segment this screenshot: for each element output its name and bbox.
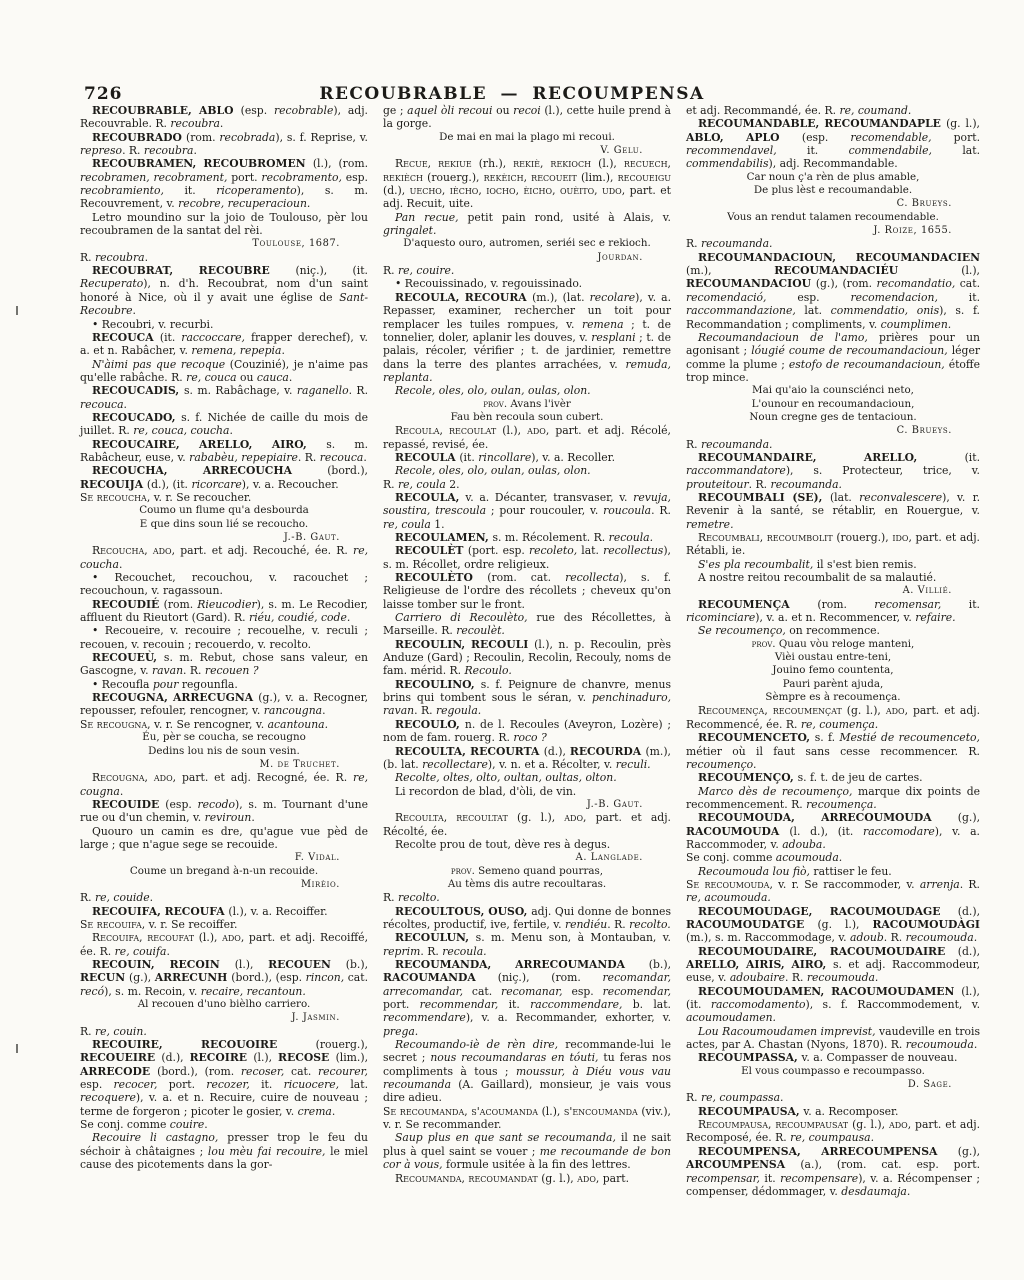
text-run: • Recoueire, v. recouire ; recouelhe, v.… (80, 624, 368, 650)
text-run: J.-B. Gaut. (587, 799, 643, 810)
quote-line: El vous coumpasso e recoumpasso. (686, 1065, 980, 1078)
entry-paragraph: RECOULÈT (port. esp. recoleto, lat. reco… (383, 544, 671, 571)
text-run: R. (80, 1025, 95, 1038)
text-run: (l.), (502, 424, 527, 437)
text-run: . (150, 891, 153, 904)
text-run: (l.), (961, 264, 980, 277)
text-run: recoulèt. (456, 624, 505, 637)
text-run: RECOUMENÇO, (698, 771, 798, 784)
text-run: E que dins soun lié se recoucho. (140, 518, 308, 530)
entry-paragraph: • Recouissinado, v. regouissinado. (383, 277, 671, 290)
text-run: R. (686, 438, 701, 451)
entry-paragraph: RECOUCAIRE, ARELLO, AIRO, s. m. Rabâcheu… (80, 438, 368, 465)
continuation-paragraph: Se recoumouda, v. r. Se raccommoder, v. … (686, 878, 980, 905)
text-run: adouba. (782, 838, 826, 851)
text-run: rekèich, recoueit (484, 171, 581, 184)
text-run: cat. (463, 985, 501, 998)
continuation-paragraph: R. recolto. (383, 891, 671, 904)
dictionary-columns: RECOUBRABLE, ABLO (esp. recobrable), adj… (80, 104, 980, 1198)
text-run: reprim (383, 945, 420, 958)
text-run: (g. l.), (847, 704, 886, 717)
text-run: re, couire. (398, 264, 454, 277)
entry-paragraph: RECOUDIÉ (rom. Rieucodier), s. m. Le Rec… (80, 598, 368, 625)
text-run: J. Jasmin. (292, 1012, 340, 1023)
text-run: RECOUMBALI (SE), (698, 491, 830, 504)
text-run: ou (240, 371, 257, 384)
text-run: Lou Racoumoudamen imprevist, (698, 1025, 879, 1038)
text-run: re, couca, coucha (133, 424, 229, 437)
text-run: 2. (449, 478, 459, 491)
text-run: Recouire li castagno, (92, 1131, 227, 1144)
text-run: . (251, 811, 254, 824)
text-run: (rouerg.), (427, 171, 484, 184)
entry-paragraph: RECOUIRE, RECOUOIRE (rouerg.), RECOUEIRE… (80, 1038, 368, 1118)
text-run: re, coumand. (839, 104, 911, 117)
text-run: . (281, 344, 284, 357)
text-run: . R. (420, 945, 442, 958)
text-run: (l.), (235, 958, 268, 971)
text-run: C. Brueys. (897, 425, 952, 436)
text-run: Recoumença, recoumençat (698, 704, 847, 717)
text-run: esp. (342, 171, 368, 184)
text-run: re, acoumouda. (686, 891, 771, 904)
text-run: RECOULUN, (395, 931, 476, 944)
text-run: RACOUMOUDA (686, 825, 789, 838)
text-run: (d.), (161, 1051, 189, 1064)
text-run: métier où il faut sans cesse recommencer… (686, 745, 980, 758)
text-run: ou (496, 104, 513, 117)
entry-paragraph: Recolte prou de tout, dève res à degus. (383, 838, 671, 851)
text-run: recodo (198, 798, 236, 811)
continuation-paragraph: Se conj. comme couire. (80, 1118, 368, 1131)
text-run: it. (760, 1172, 780, 1185)
text-run: Recouifa, recoufat (92, 931, 199, 944)
entry-paragraph: RECOUMANDA, ARRECOUMANDA (b.), RACOUMAND… (383, 958, 671, 1038)
text-run: RECOUEIRE (80, 1051, 161, 1064)
text-run: RACOUMOUDÀGI (872, 918, 980, 931)
text-run: Se recoucha, (80, 491, 150, 504)
text-run: recoueigu (618, 171, 671, 184)
entry-paragraph: RECOUMOUDAMEN, RACOUMOUDAMEN (l.), (it. … (686, 985, 980, 1025)
text-run: . (322, 704, 325, 717)
text-run: recollectus (603, 544, 663, 557)
text-run: (rouerg.), (316, 1038, 368, 1051)
text-run: Mestié de recoumenceto, (839, 731, 980, 744)
text-run: (esp. (165, 798, 197, 811)
entry-paragraph: RECOUMANDACIOUN, RECOUMANDACIEN (m.), RE… (686, 251, 980, 331)
text-run: Recole, oles, olo, oulan, oulas, olon. (395, 464, 591, 477)
text-run: ), v. n. et a. Récolter, v. (488, 758, 616, 771)
text-run: (bord.), (esp. (231, 971, 305, 984)
text-run: RECOUMOUDAMEN, RACOUMOUDAMEN (698, 985, 961, 998)
text-run: (niç.), (it. (295, 264, 368, 277)
entry-paragraph: Li recordon de blad, d'òli, de vin. (383, 785, 671, 798)
text-run: RECOULTA, RECOURTA (395, 745, 544, 758)
text-run: RECOUBRAMEN, RECOUBROMEN (92, 157, 313, 170)
text-run: Se conj. comme (80, 1118, 170, 1131)
text-run: v. a. Recomposer. (803, 1105, 898, 1118)
text-run: RECOUCHA, ARRECOUCHA (92, 464, 327, 477)
text-run: (d.), (958, 945, 980, 958)
text-run: . (193, 144, 196, 157)
text-run: (d.), (544, 745, 570, 758)
text-run: . (120, 785, 123, 798)
text-run: lóugié coume de recoumandacioun, (751, 344, 952, 357)
quote-line: Fau bèn recoula soun cubert. (383, 411, 671, 424)
text-run: A. Langlade. (576, 852, 643, 863)
entry-paragraph: Letro moundino sur la joio de Toulouso, … (80, 211, 368, 238)
entry-paragraph: • Recoufla pour regounfla. (80, 678, 368, 691)
text-run: . R. (298, 451, 320, 464)
text-run: adoub (850, 931, 884, 944)
text-run: recoumenço. (686, 758, 756, 771)
entry-paragraph: Se recoumenço, on recommence. (686, 624, 980, 637)
text-run: RECOUGNA, ARRECUGNA (92, 691, 258, 704)
text-run: ado, (886, 704, 908, 717)
text-run: desdaumaja. (841, 1185, 910, 1198)
text-run: (l.), (rom. (313, 157, 368, 170)
text-run: it. (941, 598, 980, 611)
text-run: recompensar, (686, 1172, 760, 1185)
text-run: RECOULINO, (395, 678, 481, 691)
text-run: recommendare (383, 1011, 466, 1024)
entry-paragraph: Recoumpausa, recoumpausat (g. l.), ado, … (686, 1118, 980, 1145)
entry-paragraph: RECOUBRAT, RECOUBRE (niç.), (it. Recuper… (80, 264, 368, 317)
text-run: il s'est bien remis. (817, 558, 917, 571)
text-run: (g. l.), (817, 918, 872, 931)
text-run: Se recouifa, (80, 918, 145, 931)
entry-paragraph: RECOUMPASSA, v. a. Compasser de nouveau. (686, 1051, 980, 1064)
entry-paragraph: RECOUMENCETO, s. f. Mestié de recoumence… (686, 731, 980, 771)
text-run: RECOUMANDAIRE, ARELLO, (698, 451, 965, 464)
continuation-paragraph: et adj. Recommandé, ée. R. re, coumand. (686, 104, 980, 117)
entry-paragraph: Recoucha, ado, part. et adj. Recouché, é… (80, 544, 368, 571)
text-run: recoubra (144, 144, 194, 157)
text-run: RECOULAMEN, (395, 531, 492, 544)
text-run: . (132, 304, 135, 317)
text-run: ido, (892, 531, 912, 544)
text-run: nous recoumandaras en tóuti, (430, 1051, 603, 1064)
text-run: RACOUMANDA (383, 971, 498, 984)
entry-paragraph: Pan recue, petit pain rond, usité à Alai… (383, 211, 671, 238)
text-run: reviroun (205, 811, 252, 824)
text-run: recoser, (241, 1065, 284, 1078)
text-run: RECOULÈT (395, 544, 468, 557)
text-run: rattiser le feu. (813, 865, 891, 878)
text-run: recoumouda. (906, 1038, 978, 1051)
text-run: RECOULA, RECOURA (395, 291, 532, 304)
continuation-paragraph: Se conj. comme acoumouda. (686, 851, 980, 864)
text-run: esp. (563, 985, 603, 998)
entry-paragraph: Recoumbali, recoumbolit (rouerg.), ido, … (686, 531, 980, 558)
continuation-paragraph: R. re, couide. (80, 891, 368, 904)
text-run: prov. (752, 638, 776, 650)
text-run: rababèu, repepiaire (189, 451, 298, 464)
quote-line: prov. Semeno quand pourras, (383, 865, 671, 878)
text-run: recouca (320, 451, 364, 464)
text-run: recó (80, 985, 104, 998)
text-run: re, coumpausa. (790, 1131, 874, 1144)
text-run: re, couide (95, 891, 150, 904)
entry-paragraph: Recoumandacioun de l'amo, prières pour u… (686, 331, 980, 384)
text-run: R. (686, 237, 701, 250)
text-run: N'àimi pas que recoque (92, 358, 230, 371)
text-run: recoumanda. (701, 237, 772, 250)
text-run: El vous coumpasso e recoumpasso. (741, 1065, 925, 1077)
text-run: . R. (607, 918, 629, 931)
text-run: Dedins lou nis de soun vesin. (148, 745, 300, 757)
text-run: (bord.), (rom. (157, 1065, 241, 1078)
text-run: (g.), (958, 811, 980, 824)
text-run: Recougna, ado, (92, 771, 176, 784)
entry-paragraph: RECOUBRADO (rom. recobrada), s. f. Repri… (80, 131, 368, 158)
text-run: recollecta (565, 571, 619, 584)
text-run: reconvalescere (859, 491, 942, 504)
text-run: adoubaire (730, 971, 785, 984)
entry-paragraph: RECOULÈTO (rom. cat. recollecta), s. f. … (383, 571, 671, 611)
text-run: port. (157, 1078, 206, 1091)
text-run: recourer, (318, 1065, 368, 1078)
text-run: Marco dès de recoumenço, (698, 785, 858, 798)
text-run: prov. (483, 398, 507, 410)
text-run: . R. (960, 878, 980, 891)
text-run: prega. (383, 1025, 418, 1038)
text-run: ; pour roucouler, v. (486, 504, 603, 517)
text-run: Semeno quand pourras, (475, 865, 603, 877)
text-run: RECOULA, (395, 491, 465, 504)
text-run: A. Villié. (903, 585, 952, 596)
continuation-paragraph: R. recoumanda. (686, 237, 980, 250)
text-run: Noun cregne ges de tentacioun. (749, 411, 916, 423)
text-run: v. r. Se rencogner, v. (151, 718, 268, 731)
text-run: R. (80, 251, 95, 264)
quote-line: Vièi oustau entre-teni, (686, 651, 980, 664)
text-run: RECOUCADO, (92, 411, 181, 424)
quote-attribution: F. Vidal. (80, 851, 368, 864)
text-run: (b.), (346, 958, 368, 971)
text-run: esp. (766, 291, 850, 304)
text-run: prouteitour (686, 478, 749, 491)
text-run: Mirèio. (301, 879, 340, 890)
continuation-paragraph: Se recougna, v. r. Se rencogner, v. acan… (80, 718, 368, 731)
text-run: J. Roize, 1655. (873, 225, 952, 236)
text-run: Jouino femo countenta, (772, 664, 893, 676)
text-run: RECOUIDE (92, 798, 165, 811)
text-run: reculi. (616, 758, 651, 771)
text-run: recoumanda. (701, 438, 772, 451)
text-run: ado, (222, 931, 244, 944)
continuation-paragraph: R. re, coumpassa. (686, 1091, 980, 1104)
text-run: gringalet. (383, 224, 436, 237)
text-run: D. Sage. (908, 1079, 952, 1090)
text-run: (m.), (686, 264, 774, 277)
text-run: ABLO, APLO (686, 131, 802, 144)
text-run: (b.), (649, 958, 671, 971)
text-run: Fau bèn recoula soun cubert. (451, 411, 604, 423)
text-run: S'es pla recoumbalit, (698, 558, 817, 571)
entry-paragraph: Carriero di Recoulèto, rue des Récollett… (383, 611, 671, 638)
text-run: . R. (414, 704, 436, 717)
text-run: L'ounour en recoumandacioun, (752, 398, 915, 410)
text-run: . (332, 1105, 335, 1118)
text-run: estofo de recoumandacioun, (789, 358, 949, 371)
text-run: Coume un bregand à-n-un recouide. (130, 865, 318, 877)
text-run: RECOUBRAT, RECOUBRE (92, 264, 295, 277)
text-run: s'encoumanda (564, 1105, 641, 1118)
text-run: RECOUMANDA, ARRECOUMANDA (395, 958, 649, 971)
text-run: recoumença. (806, 798, 877, 811)
text-run: v. a. Compasser de nouveau. (802, 1051, 958, 1064)
text-run: ado, (527, 424, 549, 437)
text-run: (l.), (542, 1105, 564, 1118)
quote-attribution: C. Brueys. (686, 424, 980, 437)
text-run: RECOUMANDACIÉU (774, 264, 961, 277)
text-run: RECOUMANDACIOU (686, 277, 816, 290)
text-run: recobrada (219, 131, 275, 144)
text-run: (l.), (253, 1051, 278, 1064)
text-run: • Recouissinado, v. regouissinado. (395, 277, 582, 290)
text-run: Saup plus en que sant se recoumanda, (395, 1131, 621, 1144)
text-run: v. a. Décanter, transvaser, v. (465, 491, 633, 504)
continuation-paragraph: R. recoubra. (80, 251, 368, 264)
text-run: Recolte prou de tout, dève res à degus. (395, 838, 610, 851)
entry-paragraph: Recoumouda lou fiò, rattiser le feu. (686, 865, 980, 878)
text-run: RECOULÈTO (395, 571, 487, 584)
text-run: Recoumando-iè de rèn dire, (395, 1038, 565, 1051)
text-run: Rieucodier (197, 598, 256, 611)
entry-paragraph: • Recoubri, v. recurbi. (80, 318, 368, 331)
text-run: prov. (451, 865, 475, 877)
text-run: . R. (183, 664, 205, 677)
text-run: ARELLO, AIRIS, AIRO, (686, 958, 833, 971)
text-run: RECOUCADIS, (92, 384, 184, 397)
text-run: ravan (152, 664, 183, 677)
entry-paragraph: RECOUEÙ, s. m. Rebut, chose sans valeur,… (80, 651, 368, 678)
text-run: Quau vòu reloge manteni, (776, 638, 915, 650)
text-run: re, couin. (95, 1025, 147, 1038)
text-run: RECOUCAIRE, ARELLO, AIRO, (92, 438, 326, 451)
text-run: Li recordon de blad, d'òli, de vin. (395, 785, 576, 798)
text-run: raccommendare, (530, 998, 622, 1011)
text-run: raccommandazione, (686, 304, 796, 317)
quote-attribution: J. Roize, 1655. (686, 224, 980, 237)
entry-paragraph: RECOULTOUS, OUSO, adj. Qui donne de bonn… (383, 905, 671, 932)
text-run: v. r. Se recoucher. (150, 491, 251, 504)
text-run: RECOUMENCETO, (698, 731, 815, 744)
quote-line: Jouino femo countenta, (686, 664, 980, 677)
text-run: v. r. Se recoiffer. (145, 918, 237, 931)
text-run: RECOUIN, RECOIN (92, 958, 235, 971)
text-run: ricoperamento (216, 184, 296, 197)
text-run: RECOURDA (570, 745, 646, 758)
text-run: (g.), (129, 971, 155, 984)
text-run: esp. (80, 1078, 114, 1091)
text-run: Recolte, oltes, olto, oultan, oultas, ol… (395, 771, 617, 784)
text-run: re, couifa (115, 945, 167, 958)
text-run: D'aquesto ouro, autromen, seriéi sec e r… (403, 237, 650, 249)
text-run: R. (686, 1091, 701, 1104)
text-run: recouca (80, 398, 124, 411)
text-run: ), v. a. et n. Recommencer, v. (755, 611, 915, 624)
quote-attribution: A. Villié. (686, 584, 980, 597)
text-run: (l.), v. a. Recoiffer. (228, 905, 327, 918)
text-run: Recole, oles, olo, oulan, oulas, olon. (395, 384, 591, 397)
text-run: cat. (955, 277, 980, 290)
quote-line: Au tèms dis autre recoultaras. (383, 878, 671, 891)
text-column: ge ; aquel òli recoui ou recoi (l.), cet… (383, 104, 671, 1198)
entry-paragraph: RECOUIFA, RECOUFA (l.), v. a. Recoiffer. (80, 905, 368, 918)
text-run: it. (250, 1078, 284, 1091)
text-run: ricorcare (191, 478, 241, 491)
text-run: ), s. f. Reprise, v. (275, 131, 368, 144)
entry-paragraph: RECOUIN, RECOIN (l.), RECOUEN (b.), RECU… (80, 958, 368, 998)
quote-line: Coumo un flume qu'a desbourda (80, 504, 368, 517)
text-run: J.-B. Gaut. (284, 532, 340, 543)
entry-paragraph: RECOULIN, RECOULI (l.), n. p. Recoulin, … (383, 638, 671, 678)
text-run: re, coula (383, 518, 434, 531)
entry-paragraph: Recoula, recoulat (l.), ado, part. et ad… (383, 424, 671, 451)
quote-attribution: C. Brueys. (686, 197, 980, 210)
text-run: Recoumouda lou fiò, (698, 865, 813, 878)
text-run: s. f. t. de jeu de cartes. (798, 771, 923, 784)
text-run: RECOULTOUS, OUSO, (395, 905, 531, 918)
text-run: re, coumença. (801, 718, 878, 731)
text-run: Pan recue, (395, 211, 468, 224)
text-run: (d.), (383, 184, 410, 197)
entry-paragraph: Recoumença, recoumençat (g. l.), ado, pa… (686, 704, 980, 731)
text-run: (l.), (199, 931, 222, 944)
text-run: RECOULA (395, 451, 459, 464)
text-run: Se recougna, (80, 718, 151, 731)
continuation-paragraph: Se recoucha, v. r. Se recoucher. (80, 491, 368, 504)
text-run: crema (298, 1105, 332, 1118)
text-run: lat. (796, 304, 831, 317)
quote-attribution: D. Sage. (686, 1078, 980, 1091)
quote-attribution: Toulouse, 1687. (80, 237, 368, 250)
text-run: recomendable, (850, 131, 931, 144)
text-run: ), v. a. Recoucher. (242, 478, 339, 491)
text-run: roucoula (603, 504, 651, 517)
text-run: (rh.), (479, 157, 513, 170)
quote-line: Mai qu'aio la counsciénci neto, (686, 384, 980, 397)
quote-attribution: Jourdan. (383, 251, 671, 264)
text-run: it. (498, 998, 530, 1011)
text-run: it. (164, 184, 216, 197)
text-run: raccoccare, (181, 331, 245, 344)
text-run: it. (938, 291, 980, 304)
entry-paragraph: RECOULA, v. a. Décanter, transvaser, v. … (383, 491, 671, 531)
text-run: ARCOUMPENSA (686, 1158, 800, 1171)
entry-paragraph: RECOUMPAUSA, v. a. Recomposer. (686, 1105, 980, 1118)
entry-paragraph: Recole, oles, olo, oulan, oulas, olon. (383, 464, 671, 477)
text-run: . (145, 251, 148, 264)
text-run: commendabilis (686, 157, 769, 170)
entry-paragraph: RECOUMBALI (SE), (lat. reconvalescere), … (686, 491, 980, 531)
text-run: Recoucha, ado, (92, 544, 175, 557)
text-run: (niç.), (rom. (498, 971, 603, 984)
quote-attribution: V. Gelu. (383, 144, 671, 157)
text-run: coumplimen. (881, 318, 952, 331)
entry-paragraph: RECOUBRABLE, ABLO (esp. recobrable), adj… (80, 104, 368, 131)
text-run: rekiè, rekioch (513, 157, 598, 170)
text-run: arrenja (920, 878, 960, 891)
text-run: acantouna. (268, 718, 329, 731)
text-run: (port. esp. (468, 544, 529, 557)
continuation-paragraph: Se recouifa, v. r. Se recoiffer. (80, 918, 368, 931)
text-run: (it. (459, 451, 478, 464)
text-run: (g. l.), (541, 1172, 577, 1185)
text-run: • Recouchet, recouchou, v. racouchet ; r… (80, 571, 368, 597)
